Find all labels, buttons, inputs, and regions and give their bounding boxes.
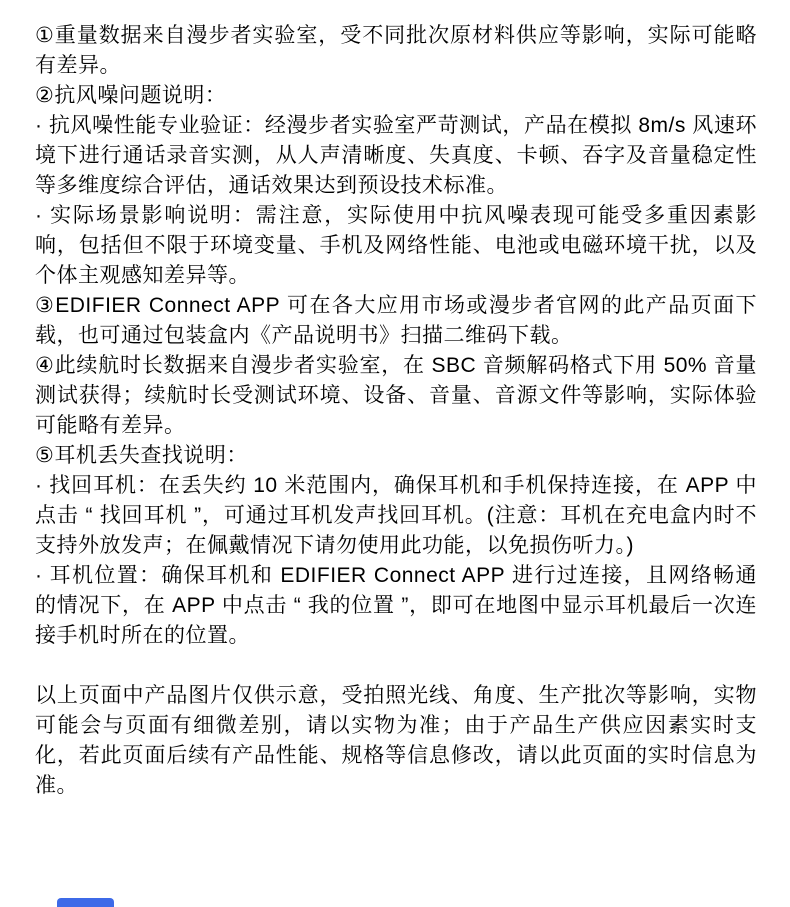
disclaimer-paragraph-app-download: ③EDIFIER Connect APP 可在各大应用市场或漫步者官网的此产品页…: [35, 291, 757, 351]
footer-disclaimer-paragraph: 以上页面中产品图片仅供示意，受拍照光线、角度、生产批次等影响，实物可能会与页面有…: [35, 681, 757, 801]
disclaimer-paragraph-battery: ④此续航时长数据来自漫步者实验室，在 SBC 音频解码格式下用 50% 音量测试…: [35, 351, 757, 441]
disclaimer-paragraph-windnoise-scenario: · 实际场景影响说明：需注意，实际使用中抗风噪表现可能受多重因素影响，包括但不限…: [35, 201, 757, 291]
product-disclaimer-page: ①重量数据来自漫步者实验室，受不同批次原材料供应等影响，实际可能略有差异。 ②抗…: [0, 0, 790, 907]
partial-bottom-banner: [57, 898, 114, 907]
disclaimer-paragraph-lost-earbuds-title: ⑤耳机丢失查找说明：: [35, 441, 757, 471]
disclaimer-paragraph-earbuds-location: · 耳机位置：确保耳机和 EDIFIER Connect APP 进行过连接，且…: [35, 561, 757, 651]
disclaimer-paragraph-weight: ①重量数据来自漫步者实验室，受不同批次原材料供应等影响，实际可能略有差异。: [35, 21, 757, 81]
disclaimer-paragraph-windnoise-verification: · 抗风噪性能专业验证：经漫步者实验室严苛测试，产品在模拟 8m/s 风速环境下…: [35, 111, 757, 201]
disclaimer-paragraph-find-earbuds: · 找回耳机：在丢失约 10 米范围内，确保耳机和手机保持连接，在 APP 中点…: [35, 471, 757, 561]
disclaimer-paragraph-windnoise-title: ②抗风噪问题说明：: [35, 81, 757, 111]
disclaimer-text-block: ①重量数据来自漫步者实验室，受不同批次原材料供应等影响，实际可能略有差异。 ②抗…: [0, 0, 790, 801]
